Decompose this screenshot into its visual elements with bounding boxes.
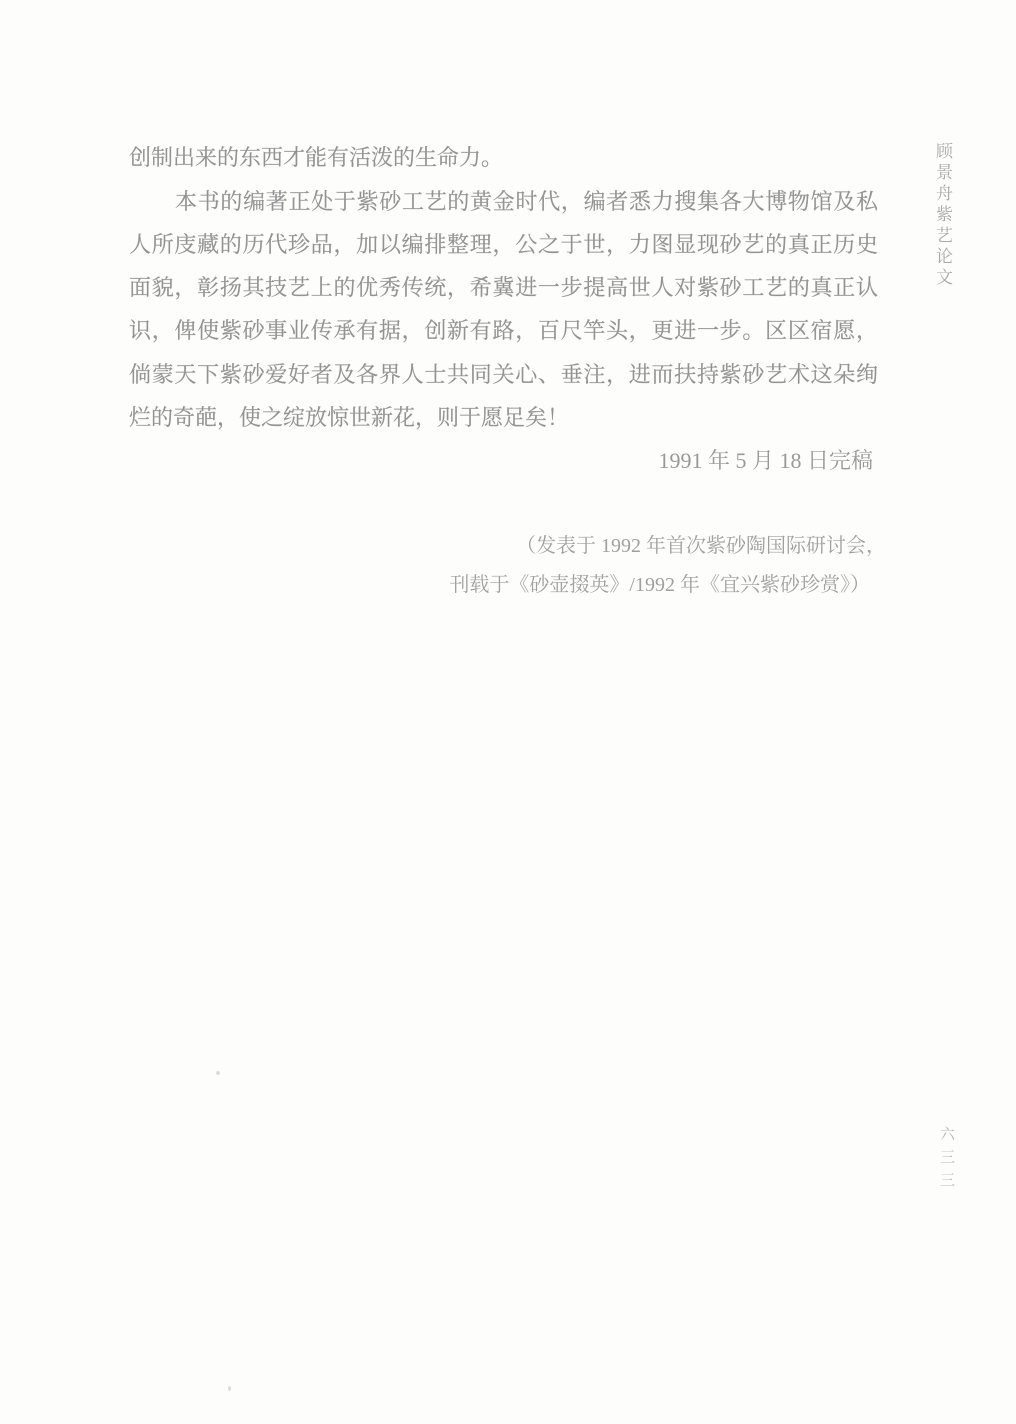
publication-note-line: 刊载于《砂壶掇英》/1992 年《宜兴紫砂珍赏》） <box>449 573 870 597</box>
paragraph-line: 烂的奇葩，使之绽放惊世新花，则于愿足矣！ <box>129 405 878 435</box>
scan-speck <box>216 1071 220 1075</box>
paragraph-line: 面貌，彰扬其技艺上的优秀传统，希冀进一步提高世人对紫砂工艺的真正认 <box>129 275 878 305</box>
paragraph-line: 创制出来的东西才能有活泼的生命力。 <box>129 145 878 175</box>
page-number-vertical: 六三三 <box>936 1126 957 1195</box>
paragraph-line: 本书的编著正处于紫砂工艺的黄金时代，编者悉力搜集各大博物馆及私 <box>129 189 878 219</box>
scanned-book-page: 创制出来的东西才能有活泼的生命力。 本书的编著正处于紫砂工艺的黄金时代，编者悉力… <box>0 0 1016 1424</box>
paragraph-line: 人所庋藏的历代珍品，加以编排整理，公之于世，力图显现砂艺的真正历史 <box>129 232 878 262</box>
scan-speck <box>228 1386 231 1391</box>
paragraph-line: 识，俾使紫砂事业传承有据，创新有路，百尺竿头，更进一步。区区宿愿， <box>129 318 878 348</box>
sidebar-book-title-vertical: 顾景舟紫艺论文 <box>930 142 955 289</box>
completion-date-line: 1991 年 5 月 18 日完稿 <box>658 448 873 474</box>
paragraph-line: 倘蒙天下紫砂爱好者及各界人士共同关心、垂注，进而扶持紫砂艺术这朵绚 <box>129 362 878 392</box>
publication-note-line: （发表于 1992 年首次紫砂陶国际研讨会， <box>516 534 886 558</box>
